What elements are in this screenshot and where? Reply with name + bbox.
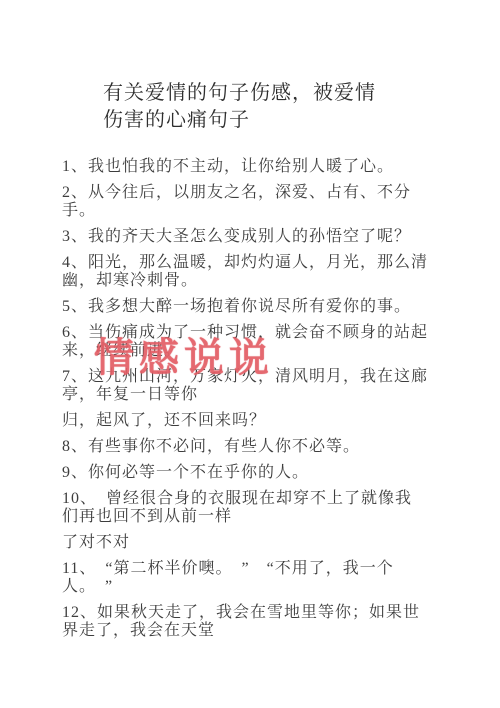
document-page: 有关爱情的句子伤感，被爱情 伤害的心痛句子 1、我也怕我的不主动，让你给别人暖了… bbox=[0, 0, 500, 708]
quote-paragraph-12: 12、如果秋天走了，我会在雪地里等你；如果世 界走了，我会在天堂 bbox=[62, 604, 480, 640]
quote-paragraph-1: 1、我也怕我的不主动，让你给别人暖了心。 bbox=[62, 158, 480, 176]
quote-paragraph-2: 2、从今往后，以朋友之名，深爱、占有、不分 手。 bbox=[62, 184, 480, 220]
quote-list: 1、我也怕我的不主动，让你给别人暖了心。 2、从今往后，以朋友之名，深爱、占有、… bbox=[62, 158, 480, 640]
quote-paragraph-11: 11、 “第二杯半价噢。 ” “不用了，我一个 人。 ” bbox=[62, 560, 480, 596]
quote-paragraph-6: 6、当伤痛成为了一种习惯，就会奋不顾身的站起 来，继续前进。 bbox=[62, 324, 480, 360]
page-title: 有关爱情的句子伤感，被爱情 伤害的心痛句子 bbox=[103, 80, 480, 134]
quote-paragraph-10-continued: 了对不对 bbox=[62, 534, 480, 552]
quote-paragraph-3: 3、我的齐天大圣怎么变成别人的孙悟空了呢？ bbox=[62, 228, 480, 246]
quote-paragraph-5: 5、我多想大醉一场抱着你说尽所有爱你的事。 bbox=[62, 298, 480, 316]
quote-paragraph-10: 10、 曾经很合身的衣服现在却穿不上了就像我 们再也回不到从前一样 bbox=[62, 490, 480, 526]
quote-paragraph-8: 8、有些事你不必问，有些人你不必等。 bbox=[62, 438, 480, 456]
quote-paragraph-4: 4、阳光，那么温暖，却灼灼逼人，月光，那么清 幽，却寒冷刺骨。 bbox=[62, 254, 480, 290]
quote-paragraph-7: 7、这九州山河，万家灯火，清风明月，我在这廊 亭，年复一日等你 bbox=[62, 368, 480, 404]
quote-paragraph-9: 9、你何必等一个不在乎你的人。 bbox=[62, 464, 480, 482]
quote-paragraph-7-continued: 归，起风了，还不回来吗？ bbox=[62, 412, 480, 430]
